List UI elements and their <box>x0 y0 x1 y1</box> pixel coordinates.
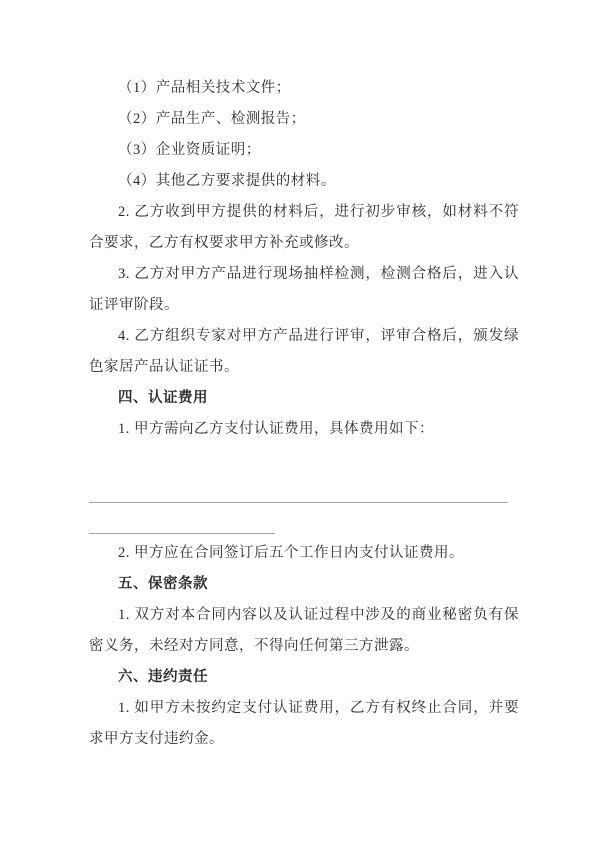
fees-intro: 1. 甲方需向乙方支付认证费用，具体费用如下： <box>89 414 519 445</box>
blank-line <box>89 445 519 476</box>
fees-payment-term: 2. 甲方应在合同签订后五个工作日内支付认证费用。 <box>89 538 519 569</box>
fee-fill-line-1 <box>89 476 519 507</box>
heading-confidentiality: 五、保密条款 <box>89 569 519 600</box>
heading-certification-fees: 四、认证费用 <box>89 383 519 414</box>
material-item-4: （4）其他乙方要求提供的材料。 <box>89 166 519 197</box>
clause-review: 2. 乙方收到甲方提供的材料后，进行初步审核，如材料不符合要求，乙方有权要求甲方… <box>89 197 519 259</box>
heading-breach-liability: 六、违约责任 <box>89 662 519 693</box>
blank-underline <box>89 533 275 534</box>
material-item-3: （3）企业资质证明； <box>89 135 519 166</box>
material-item-2: （2）产品生产、检测报告； <box>89 104 519 135</box>
document-page: （1）产品相关技术文件；（2）产品生产、检测报告；（3）企业资质证明；（4）其他… <box>0 0 600 848</box>
confidentiality-clause: 1. 双方对本合同内容以及认证过程中涉及的商业秘密负有保密义务，未经对方同意，不… <box>89 600 519 662</box>
blank-underline <box>89 502 508 503</box>
document-content: （1）产品相关技术文件；（2）产品生产、检测报告；（3）企业资质证明；（4）其他… <box>0 0 600 755</box>
breach-clause: 1. 如甲方未按约定支付认证费用，乙方有权终止合同，并要求甲方支付违约金。 <box>89 693 519 755</box>
fee-fill-line-2 <box>89 507 519 538</box>
material-item-1: （1）产品相关技术文件； <box>89 73 519 104</box>
clause-sampling: 3. 乙方对甲方产品进行现场抽样检测，检测合格后，进入认证评审阶段。 <box>89 259 519 321</box>
clause-certificate: 4. 乙方组织专家对甲方产品进行评审，评审合格后，颁发绿色家居产品认证证书。 <box>89 321 519 383</box>
